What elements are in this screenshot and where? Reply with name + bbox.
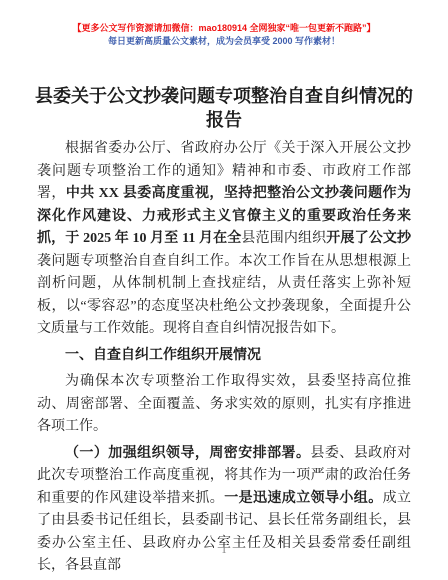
document-page: 【更多公文写作资源请加微信：mao180914 全网独家“唯一包更新不跑路”】 … — [0, 0, 448, 580]
ad-watermark: 【更多公文写作资源请加微信：mao180914 全网独家“唯一包更新不跑路”】 … — [0, 0, 448, 48]
page-number: 1 — [0, 544, 448, 556]
ad-watermark-line2: 每日更新高质量公文素材，成为会员享受 2000 写作素材！ — [0, 35, 448, 48]
text-run: 一、自查自纠工作组织开展情况 — [65, 348, 261, 363]
section-heading: 一、自查自纠工作组织开展情况 — [37, 345, 411, 368]
text-run: 袭问题专项整治自查自纠工作。本次工作旨在从思想根源上剖析问题，从体制机制上查找症… — [37, 254, 411, 337]
text-run: 县范围内组织 — [241, 231, 326, 246]
text-run: 开展了公文抄 — [326, 231, 411, 246]
body-paragraph: 为确保本次专项整治工作取得实效，县委坚持高位推动、周密部署、全面覆盖、务求实效的… — [37, 371, 411, 439]
document-title: 县委关于公文抄袭问题专项整治自查自纠情况的报告 — [35, 84, 413, 132]
document-body: 根据省委办公厅、省政府办公厅《关于深入开展公文抄袭问题专项整治工作的通知》精神和… — [0, 138, 448, 578]
text-run: （一）加强组织领导，周密安排部署。 — [65, 446, 310, 461]
text-run: 一是迅速成立领导小组。 — [224, 491, 382, 506]
body-paragraph: 根据省委办公厅、省政府办公厅《关于深入开展公文抄袭问题专项整治工作的通知》精神和… — [37, 138, 411, 341]
body-paragraph: （一）加强组织领导，周密安排部署。县委、县政府对此次专项整治工作高度重视，将其作… — [37, 443, 411, 578]
ad-watermark-line1: 【更多公文写作资源请加微信：mao180914 全网独家“唯一包更新不跑路”】 — [0, 22, 448, 35]
text-run: 为确保本次专项整治工作取得实效，县委坚持高位推动、周密部署、全面覆盖、务求实效的… — [37, 374, 411, 434]
